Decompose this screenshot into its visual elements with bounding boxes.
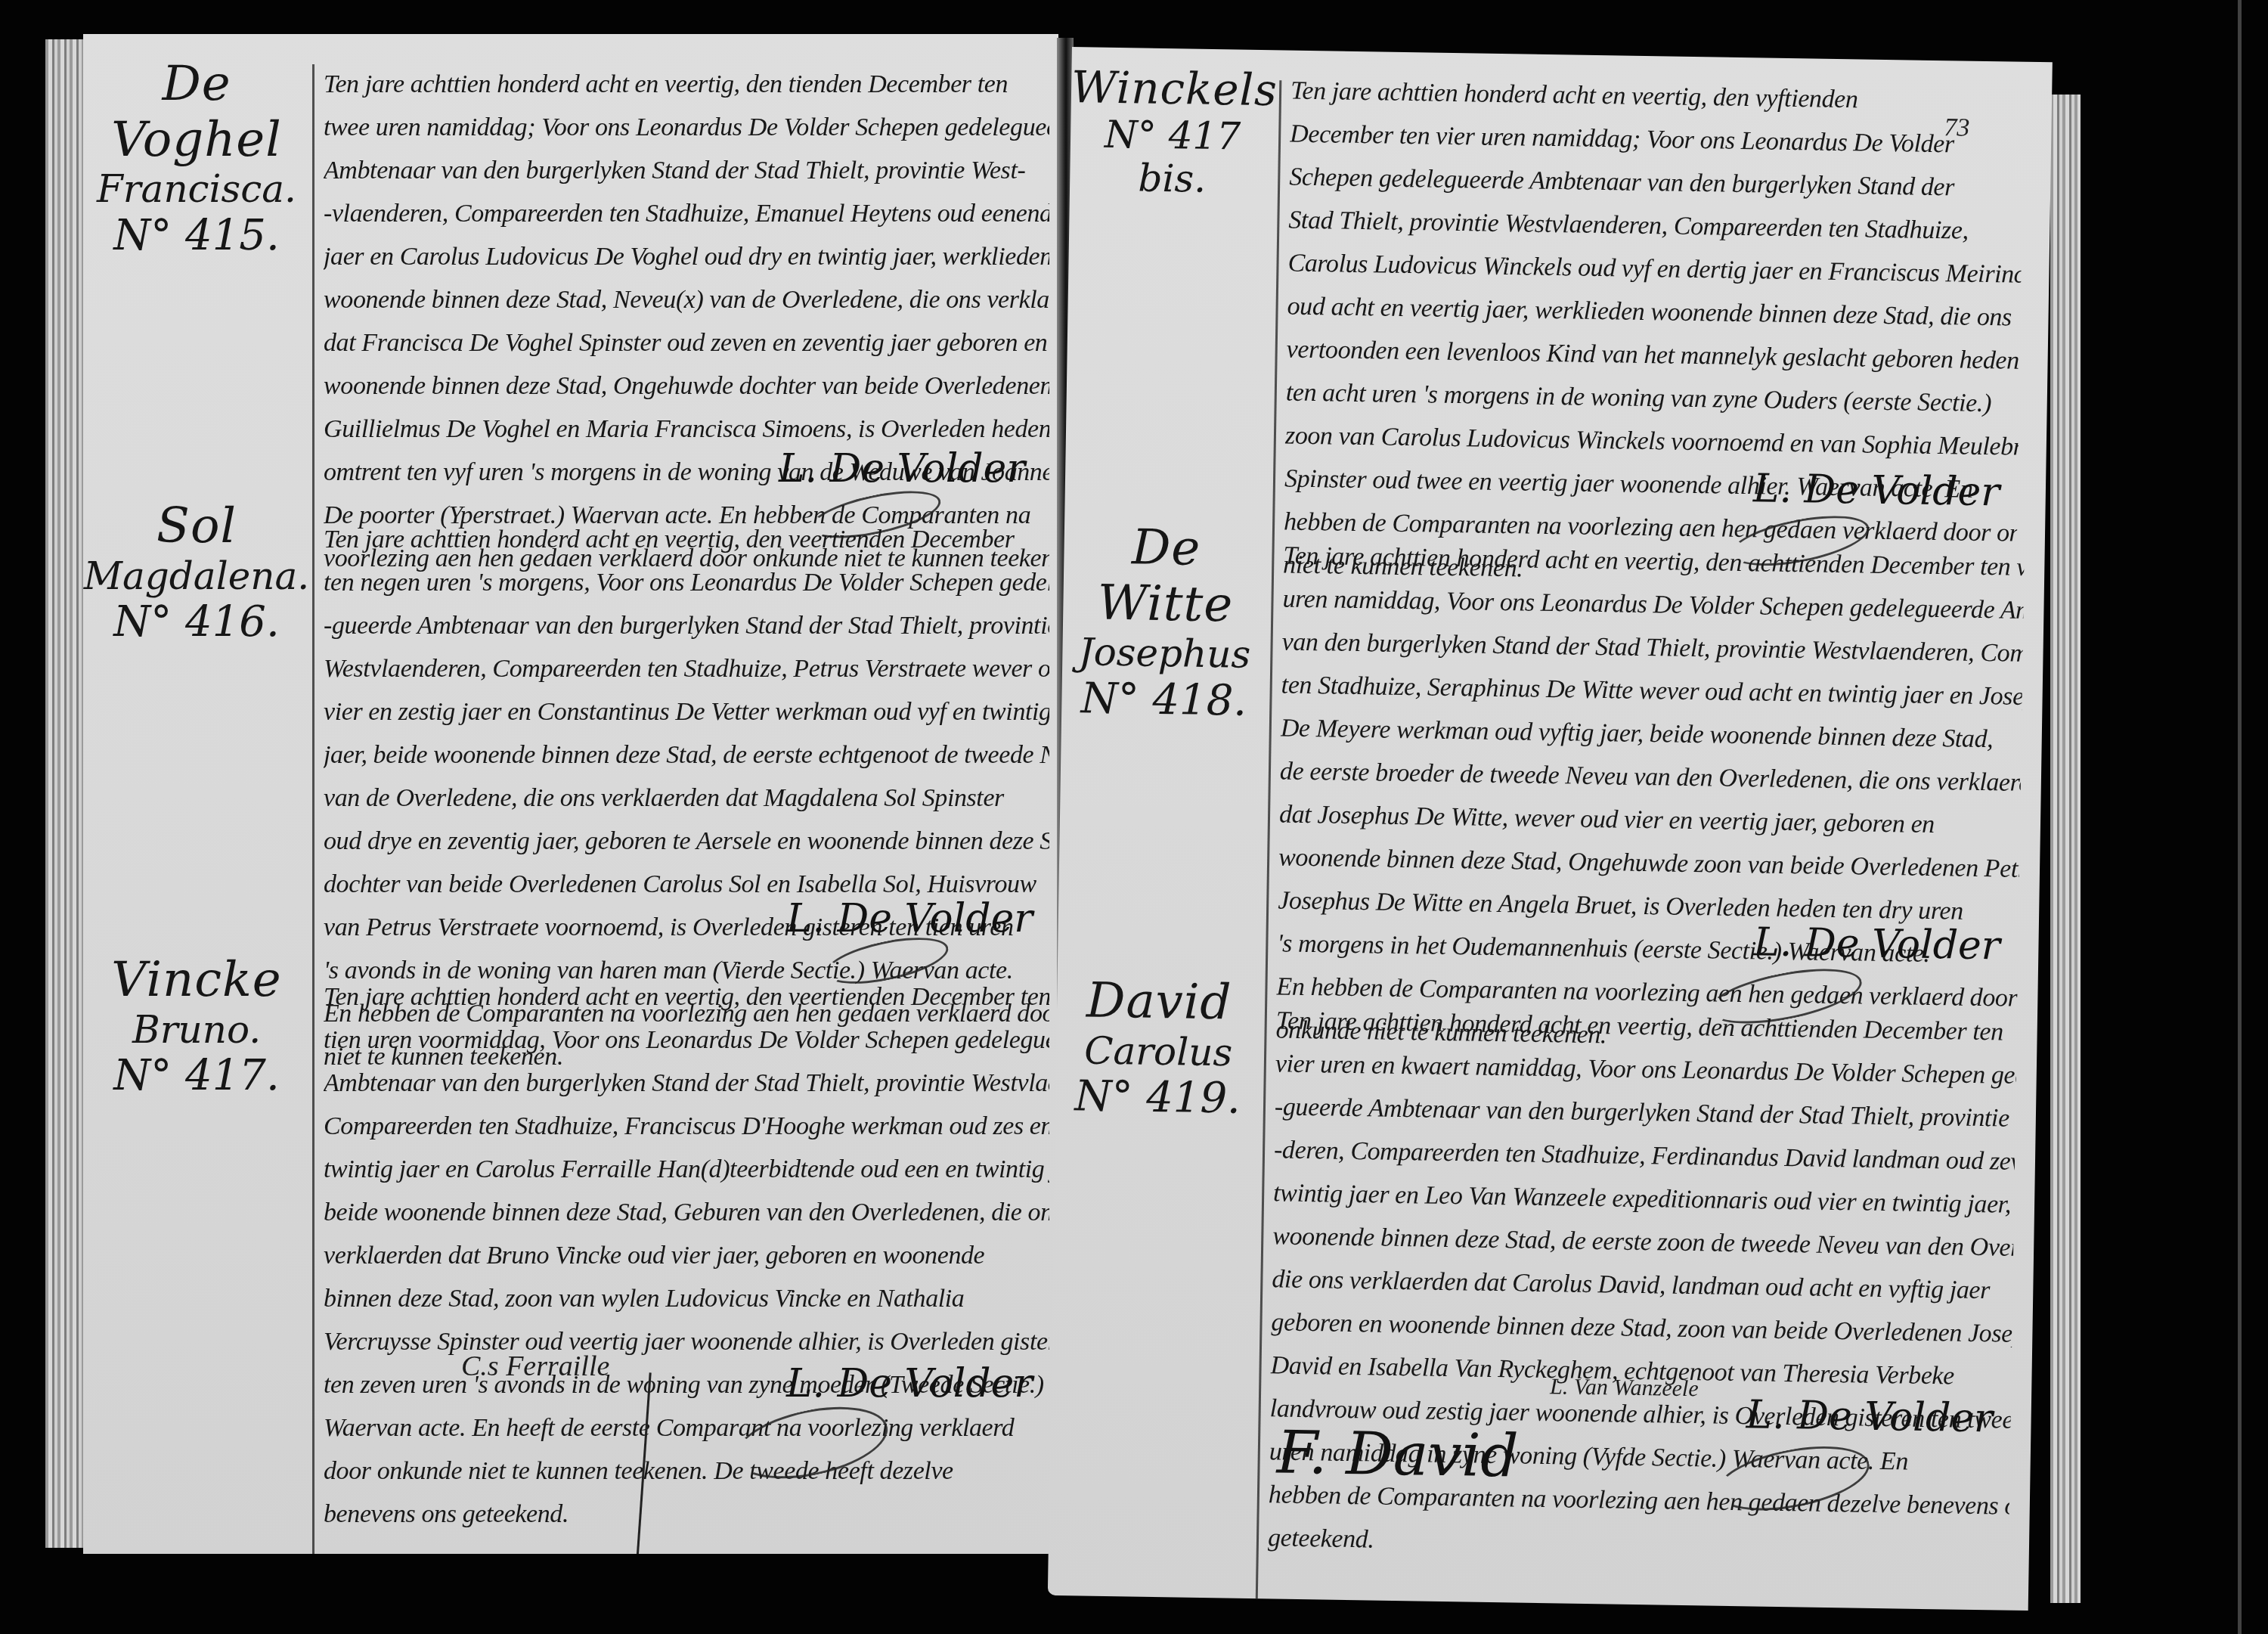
text-line: -vlaenderen, Compareerden ten Stadhuize,…: [324, 192, 1049, 235]
text-line: Ambtenaar van den burgerlyken Stand der …: [324, 149, 1049, 192]
text-line: woonende binnen deze Stad, Neveu(x) van …: [324, 278, 1049, 321]
text-line: Ten jare achttien honderd acht en veerti…: [324, 518, 1049, 561]
text-line: vier en zestig jaer en Constantinus De V…: [324, 690, 1049, 733]
text-line: ten negen uren 's morgens, Voor ons Leon…: [324, 561, 1049, 604]
margin-heading-417: Vincke Bruno. N° 417.: [83, 953, 310, 1100]
text-line: Compareerden ten Stadhuize, Franciscus D…: [324, 1105, 1049, 1148]
text-line: Waervan acte. En heeft de eerste Compara…: [324, 1406, 1049, 1450]
surname: Vincke: [83, 953, 310, 1009]
text-line: twee uren namiddag; Voor ons Leonardus D…: [324, 106, 1049, 149]
text-line: twintig jaer en Carolus Ferraille Han(d)…: [324, 1148, 1049, 1191]
text-line: jaer en Carolus Ludovicus De Voghel oud …: [324, 235, 1049, 278]
surname: De Voghel: [83, 57, 310, 168]
text-line: -gueerde Ambtenaar van den burgerlyken S…: [324, 604, 1049, 647]
entry-number: N° 416.: [83, 598, 310, 646]
surname: David: [1057, 973, 1262, 1032]
left-page-stack-edge: [45, 39, 85, 1548]
film-edge-line: [2238, 0, 2242, 1634]
text-line: Ambtenaar van den burgerlyken Stand der …: [324, 1062, 1049, 1105]
text-line: dat Francisca De Voghel Spinster oud zev…: [324, 321, 1049, 364]
margin-heading-418: De Witte Josephus N° 418.: [1061, 519, 1269, 726]
text-line: Westvlaenderen, Compareerden ten Stadhui…: [324, 647, 1049, 690]
text-line: woonende binnen deze Stad, Ongehuwde doc…: [324, 364, 1049, 408]
witness-signature: C.s Ferraille: [461, 1350, 609, 1383]
entry-body-418: Ten jare achttien honderd acht en veerti…: [1275, 534, 2025, 1062]
text-line: Guillielmus De Voghel en Maria Francisca…: [324, 408, 1049, 451]
registrar-signature: L. De Volder: [1753, 919, 2000, 969]
text-line: door onkunde niet te kunnen teekenen. De…: [324, 1450, 1049, 1493]
registrar-signature: L. De Volder: [779, 446, 1025, 491]
text-line: verklaerden dat Bruno Vincke oud vier ja…: [324, 1234, 1049, 1277]
registrar-signature: L. De Volder: [1752, 466, 2000, 515]
text-line: Ten jare achttien honderd acht en veerti…: [324, 975, 1049, 1019]
left-margin-rule: [312, 64, 314, 1554]
text-line: van de Overledene, die ons verklaerden d…: [324, 777, 1049, 820]
entry-number: N° 419.: [1055, 1072, 1260, 1124]
entry-number: N° 415.: [83, 212, 310, 260]
right-page: 73 Winckels N° 417 bis. Ten jare achttie…: [1048, 47, 2053, 1611]
text-line: beide woonende binnen deze Stad, Geburen…: [324, 1191, 1049, 1234]
entry-number: N° 417 bis.: [1070, 113, 1275, 203]
given-name: Bruno.: [83, 1009, 310, 1053]
margin-heading-416: Sol Magdalena. N° 416.: [83, 499, 310, 646]
witness-signature: L. Van Wanzeele: [1550, 1374, 1699, 1402]
declarant-signature: F. David: [1276, 1419, 1519, 1490]
margin-heading-417bis: Winckels N° 417 bis.: [1070, 62, 1276, 203]
text-line: Vercruysse Spinster oud veertig jaer woo…: [324, 1320, 1049, 1363]
text-line: jaer, beide woonende binnen deze Stad, d…: [324, 733, 1049, 777]
given-name: Magdalena.: [83, 555, 310, 599]
entry-body-417: Ten jare achttien honderd acht en veerti…: [324, 975, 1049, 1536]
registrar-signature: L. De Volder: [786, 896, 1033, 941]
entry-body-417bis: Ten jare achttien honderd acht en veerti…: [1283, 70, 2025, 598]
text-line: tien uren voormiddag, Voor ons Leonardus…: [324, 1019, 1049, 1062]
left-page: De Voghel Francisca. N° 415. Ten jare ac…: [83, 34, 1058, 1554]
entry-number: N° 418.: [1061, 674, 1266, 727]
surname: Sol: [83, 499, 310, 555]
given-name: Carolus: [1056, 1028, 1261, 1075]
given-name: Josephus: [1062, 631, 1267, 677]
text-line: Ten jare achttien honderd acht en veerti…: [324, 63, 1049, 106]
text-line: benevens ons geteekend.: [324, 1493, 1049, 1536]
entry-number: N° 417.: [83, 1052, 310, 1100]
text-line: oud drye en zeventig jaer, geboren te Ae…: [324, 820, 1049, 863]
given-name: Francisca.: [83, 168, 310, 212]
margin-heading-415: De Voghel Francisca. N° 415.: [83, 57, 310, 260]
text-line: binnen deze Stad, zoon van wylen Ludovic…: [324, 1277, 1049, 1320]
registrar-signature: L. De Volder: [1746, 1392, 1993, 1441]
surname: Winckels: [1071, 62, 1276, 116]
registrar-signature: L. De Volder: [786, 1361, 1033, 1406]
margin-heading-419: David Carolus N° 419.: [1055, 973, 1262, 1124]
right-page-stack-edge: [2050, 95, 2081, 1603]
surname: De Witte: [1063, 519, 1269, 634]
